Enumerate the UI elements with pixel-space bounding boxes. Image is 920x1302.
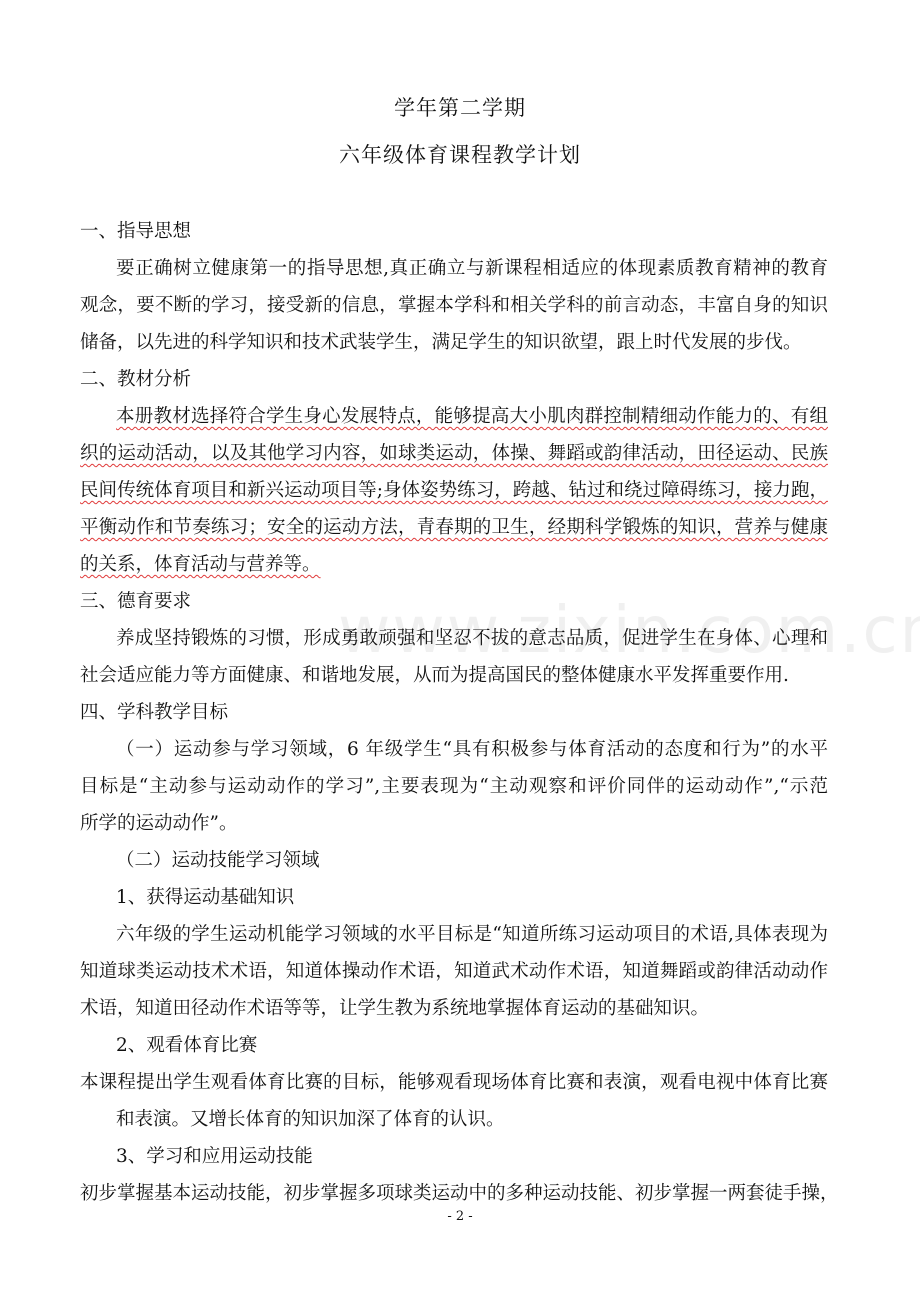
paragraph-line: 平衡动作和节奏练习；安全的运动方法，青春期的卫生，经期科学锻炼的知识，营养与健康 — [80, 517, 828, 539]
item-heading-watch-games: 2、观看体育比赛 — [116, 1035, 828, 1057]
section-heading-teaching-goals: 四、学科教学目标 — [80, 702, 828, 724]
paragraph-line: 观念，要不断的学习，接受新的信息，掌握本学科和相关学科的前言动态，丰富自身的知识 — [80, 295, 828, 317]
page-number: - 2 - — [0, 1209, 920, 1225]
document-page: www.zixin.com.cn 学年第二学期 六年级体育课程教学计划 一、指导… — [0, 0, 920, 1302]
paragraph-line: 养成坚持锻炼的习惯，形成勇敢顽强和坚忍不拔的意志品质，促进学生在身体、心理和 — [116, 628, 828, 650]
paragraph-line: 织的运动活动，以及其他学习内容，如球类运动，体操、舞蹈或韵律活动，田径运动、民族 — [80, 443, 828, 465]
paragraph-line: 术语，知道田径动作术语等等，让学生教为系统地掌握体育运动的基础知识。 — [80, 998, 828, 1020]
section-heading-moral-requirements: 三、德育要求 — [80, 591, 828, 613]
spellcheck-text: 的关系，体育活动与营养等。 — [80, 554, 321, 575]
paragraph-line: 的关系，体育活动与营养等。 — [80, 554, 828, 576]
paragraph-line: 和表演。又增长体育的知识加深了体育的认识。 — [116, 1109, 828, 1131]
paragraph-line: 六年级的学生运动机能学习领域的水平目标是“知道所练习运动项目的术语,具体表现为 — [116, 924, 828, 946]
item-heading-apply-skills: 3、学习和应用运动技能 — [116, 1146, 828, 1168]
section-heading-guiding-ideology: 一、指导思想 — [80, 221, 828, 243]
document-title-line1: 学年第二学期 — [0, 96, 920, 120]
paragraph-line: 初步掌握基本运动技能，初步掌握多项球类运动中的多种运动技能、初步掌握一两套徒手操… — [80, 1183, 828, 1205]
item-heading-basic-knowledge: 1、获得运动基础知识 — [116, 887, 828, 909]
paragraph-line: 本课程提出学生观看体育比赛的目标，能够观看现场体育比赛和表演，观看电视中体育比赛 — [80, 1072, 828, 1094]
paragraph-line: 所学的运动动作”。 — [80, 813, 828, 835]
paragraph-line: 知道球类运动技术术语，知道体操动作术语，知道武术动作术语，知道舞蹈或韵律活动动作 — [80, 961, 828, 983]
paragraph-line: 目标是“主动参与运动动作的学习”,主要表现为“主动观察和评价同伴的运动动作”,“… — [80, 776, 828, 798]
spellcheck-text: 织的运动活动，以及其他学习内容，如球类运动，体操、舞蹈或韵律活动，田径运动、民族 — [80, 443, 828, 464]
subsection-heading-motor-skills: （二）运动技能学习领域 — [116, 850, 828, 872]
paragraph-line: 本册教材选择符合学生身心发展特点，能够提高大小肌肉群控制精细动作能力的、有组 — [116, 406, 828, 428]
paragraph-line: 要正确树立健康第一的指导思想,真正确立与新课程相适应的体现素质教育精神的教育 — [116, 258, 828, 280]
section-heading-material-analysis: 二、教材分析 — [80, 369, 828, 391]
paragraph-line: （一）运动参与学习领域，6 年级学生“具有积极参与体育活动的态度和行为”的水平 — [116, 739, 828, 761]
spellcheck-text: 民间传统体育项目和新兴运动项目等;身体姿势练习，跨越、钻过和绕过障碍练习，接力跑… — [80, 480, 828, 501]
spellcheck-text: 平衡动作和节奏练习；安全的运动方法，青春期的卫生，经期科学锻炼的知识，营养与健康 — [80, 517, 828, 538]
paragraph-line: 民间传统体育项目和新兴运动项目等;身体姿势练习，跨越、钻过和绕过障碍练习，接力跑… — [80, 480, 828, 502]
paragraph-line: 社会适应能力等方面健康、和谐地发展，从而为提高国民的整体健康水平发挥重要作用. — [80, 665, 828, 687]
spellcheck-text: 本册教材选择符合学生身心发展特点，能够提高大小肌肉群控制精细动作能力的、有组 — [116, 406, 828, 427]
paragraph-line: 储备，以先进的科学知识和技术武装学生，满足学生的知识欲望，跟上时代发展的步伐。 — [80, 332, 828, 354]
document-title-line2: 六年级体育课程教学计划 — [0, 143, 920, 167]
